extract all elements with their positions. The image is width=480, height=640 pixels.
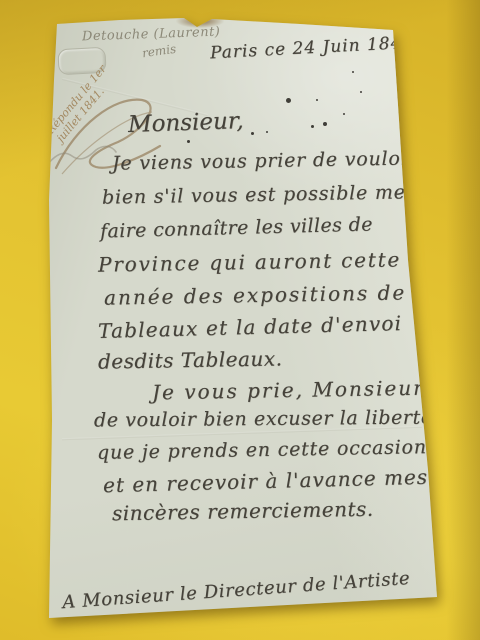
letter-paper-shadow: Detouche (Laurent) remis Répondu le 1er … (0, 0, 480, 640)
pencil-name-note: Detouche (Laurent) (82, 25, 221, 45)
body-line: année des expositions de (104, 280, 407, 309)
body-line: que je prends en cette occasion (97, 436, 427, 464)
body-line: desdits Tableaux. (98, 346, 283, 373)
letter-paper: Detouche (Laurent) remis Répondu le 1er … (0, 0, 480, 640)
body-line: sincères remerciements. (112, 497, 374, 526)
body-line: Je vous prie, Monsieur (152, 376, 425, 405)
pencil-remis-note: remis (141, 42, 177, 61)
body-line: et en recevoir à l'avance mes (103, 465, 429, 498)
body-line: bien s'il vous est possible me (102, 181, 406, 208)
body-line: Tableaux et la date d'envoi (98, 311, 403, 343)
body-line: Je viens vous prier de vouloir (112, 147, 418, 174)
photo-backdrop: Detouche (Laurent) remis Répondu le 1er … (0, 0, 480, 640)
paper-crease (416, 179, 431, 242)
body-line: de vouloir bien excuser la liberté (94, 407, 433, 432)
body-line: faire connaître les villes de (100, 213, 373, 242)
pencil-scribble (42, 136, 120, 176)
salutation: Monsieur, (128, 108, 244, 138)
closing-address: A Monsieur le Directeur de l'Artiste (62, 568, 411, 613)
dateline: Paris ce 24 Juin 1841 (210, 33, 415, 64)
body-line: Province qui auront cette (98, 247, 401, 276)
